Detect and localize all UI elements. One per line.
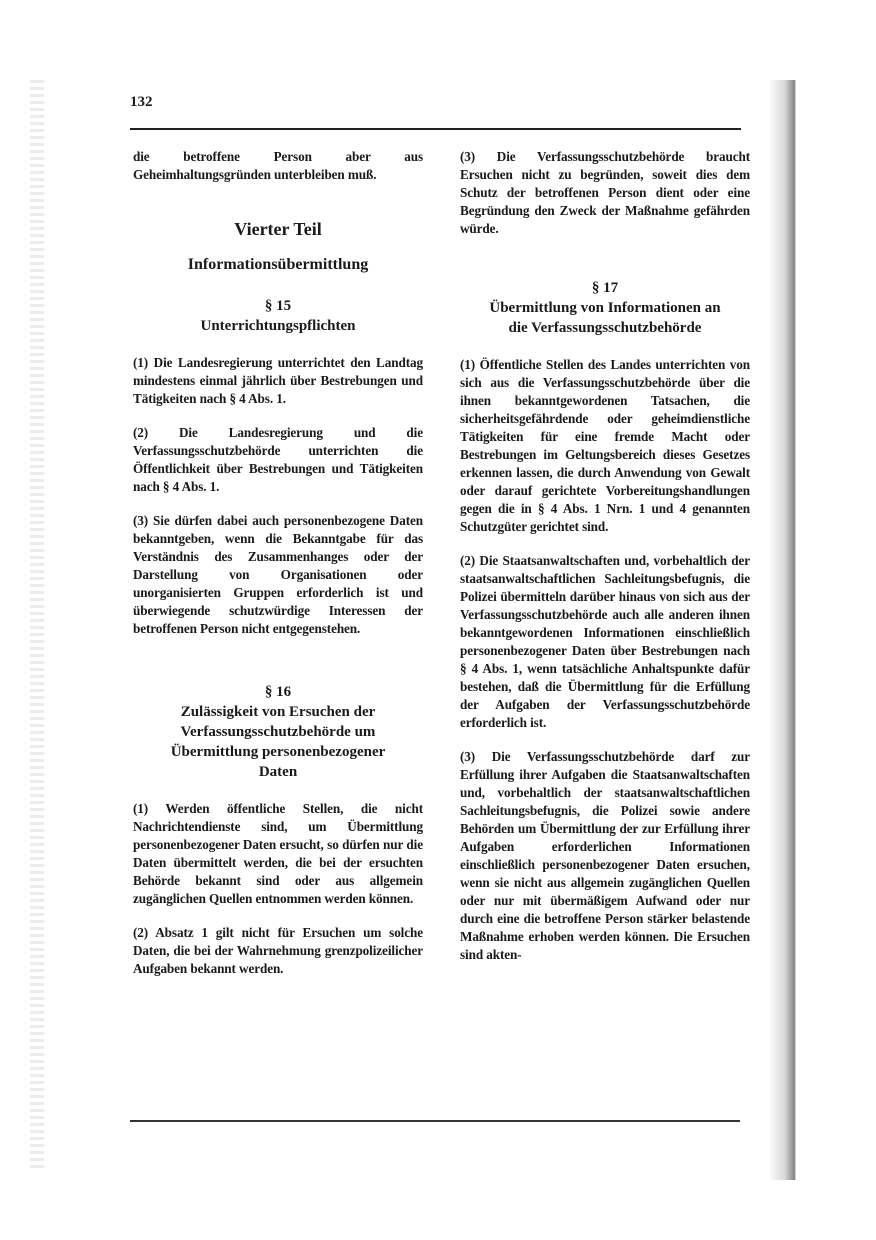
scan-edge-right <box>770 80 796 1180</box>
paragraph: (2) Die Landesregierung und die Verfassu… <box>133 424 423 496</box>
section-number: § 15 <box>133 296 423 316</box>
chapter-title: Informationsübermittlung <box>133 256 423 274</box>
section-17: § 17 Übermittlung von Informationen an d… <box>460 278 750 964</box>
part-title: Vierter Teil <box>133 220 423 238</box>
section-16: § 16 Zulässigkeit von Ersuchen der Verfa… <box>133 682 423 978</box>
section-title: Unterrichtungspflichten <box>133 316 423 336</box>
paragraph: (1) Werden öffentliche Stellen, die nich… <box>133 800 423 908</box>
header-rule <box>130 128 741 130</box>
paragraph: (3) Die Verfassungsschutzbehörde darf zu… <box>460 748 750 964</box>
paragraph: (2) Absatz 1 gilt nicht für Ersuchen um … <box>133 924 423 978</box>
left-column: die betroffene Person aber aus Geheimhal… <box>133 148 423 994</box>
section-number: § 17 <box>460 278 750 298</box>
paragraph: (1) Öffentliche Stellen des Landes unter… <box>460 356 750 536</box>
section-15: § 15 Unterrichtungspflichten (1) Die Lan… <box>133 296 423 638</box>
section-title: Zulässigkeit von Ersuchen der Verfassung… <box>133 702 423 782</box>
right-column: (3) Die Verfassungsschutzbehörde braucht… <box>460 148 750 980</box>
paragraph: (2) Die Staatsanwaltschaften und, vorbeh… <box>460 552 750 732</box>
section-number: § 16 <box>133 682 423 702</box>
continuation-text: die betroffene Person aber aus Geheimhal… <box>133 148 423 184</box>
paragraph: (3) Die Verfassungsschutzbehörde braucht… <box>460 148 750 238</box>
section-title: Übermittlung von Informationen an die Ve… <box>460 298 750 338</box>
paragraph: (3) Sie dürfen dabei auch personenbezoge… <box>133 512 423 638</box>
page-number: 132 <box>130 94 153 111</box>
scan-edge-left <box>30 80 44 1170</box>
paragraph: (1) Die Landesregierung unterrichtet den… <box>133 354 423 408</box>
footer-rule <box>130 1120 740 1122</box>
